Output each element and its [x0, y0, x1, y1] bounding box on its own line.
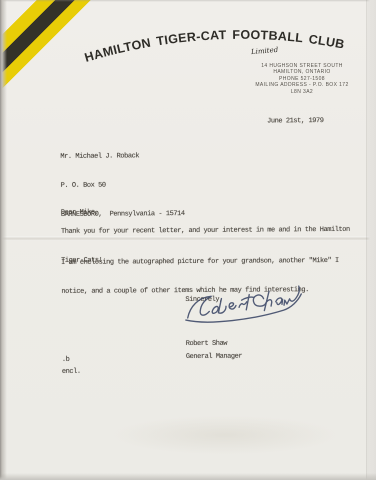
paper-edge-right	[366, 0, 376, 480]
paper-edge-left	[0, 0, 7, 480]
paper-fold-crease	[0, 236, 376, 241]
paper-edge-top	[0, 0, 376, 2]
scanned-letter-page: HAMILTON TIGER-CAT FOOTBALL CLUB Limited…	[0, 0, 376, 480]
body-line: I am enclosing the autographed picture f…	[61, 255, 339, 270]
enclosure-note: encl.	[62, 350, 85, 395]
letter-date: June 21st, 1979	[267, 99, 324, 144]
paper-smudge	[110, 415, 340, 455]
signed-title: General Manager	[186, 335, 243, 380]
paper-edge-bottom	[0, 473, 376, 480]
recipient-line: Mr. Michael J. Roback	[60, 150, 184, 164]
